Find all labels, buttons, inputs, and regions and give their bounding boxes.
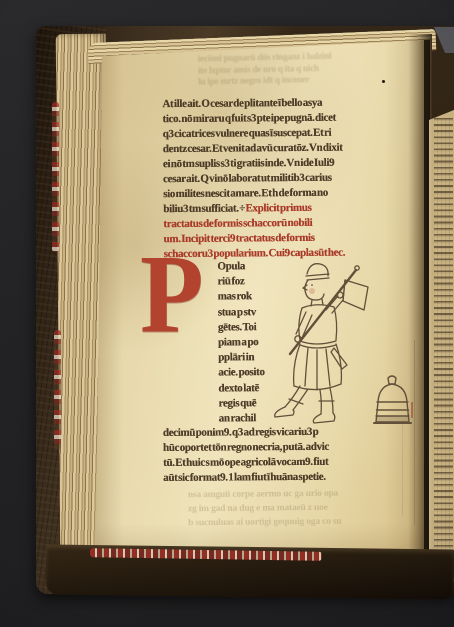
- manuscript-photo: iecōmi pugnarū dūs ringanz i halzinlite …: [0, 0, 454, 627]
- red-fore-edge: [54, 330, 61, 450]
- dagger: [331, 348, 347, 369]
- ink-segment: At ille ait. O cesar de plitante ī bello…: [162, 97, 322, 110]
- ink-speck: [382, 80, 385, 83]
- belt: [300, 341, 336, 348]
- text-line: aūt sic format9. 1 lam fiut ī huāna spet…: [163, 469, 425, 486]
- facing-page: [429, 110, 454, 582]
- red-fore-edge: [52, 102, 59, 252]
- axe-head: [343, 280, 368, 310]
- ink-segment: sio milites nescit amare. Et h de forma …: [163, 187, 328, 200]
- text-line: b sucnuluas ai uortigi gequuig oga co su: [188, 514, 438, 531]
- lower-text-block: decimū ponim9. q3 ad regis vicariu3 phūc…: [163, 424, 425, 486]
- rubric-segment: Explicit primus: [245, 202, 311, 215]
- ink-segment: tico. nō miraru q fuit s3 pte ipe pugnā.…: [162, 112, 335, 126]
- facing-page-text-lines: [434, 118, 453, 574]
- peasant-figure-drawing: [250, 250, 425, 430]
- manuscript-page: iecōmi pugnarū dūs ringanz i halzinlite …: [96, 40, 432, 554]
- ink-segment: biliu3 tm sufficiat. ÷: [163, 202, 245, 215]
- beehive-drawing: [374, 376, 411, 423]
- cheek-tint: [309, 288, 315, 294]
- show-through-text-top: iecōmi pugnarū dūs ringanz i halzinlite …: [198, 49, 431, 88]
- ink-segment: q3 cicatrices vulnere quas ī suscepat. E…: [163, 127, 332, 140]
- ruling-line: [402, 420, 403, 515]
- show-through-text-bottom: nsa amguū corpe aermo uc ga urio opazg i…: [188, 486, 438, 531]
- drop-cap-initial-p: P: [140, 249, 204, 341]
- ink-segment: ei nō tm suplis s3 ti gratiis inde. Vn i…: [163, 157, 334, 170]
- ink-segment: dentz cesar. Et venit ad avū curatōz. Vn…: [163, 142, 343, 156]
- ink-segment: cesar ait. Q vinō laborat ut militib3 ca…: [163, 172, 332, 185]
- rubric-segment: tractatus de formis schaccorū nobili: [163, 217, 312, 230]
